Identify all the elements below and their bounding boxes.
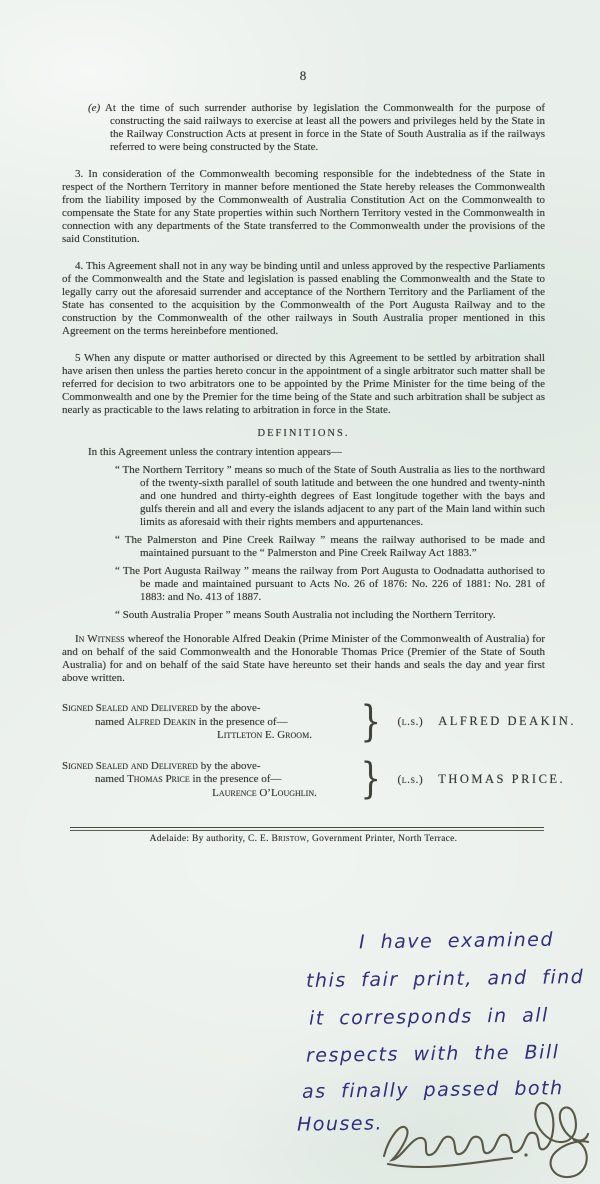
witness-name: Laurence O’Loughlin. xyxy=(157,787,372,801)
page-number: 8 xyxy=(62,0,545,84)
witness-name: Littleton E. Groom. xyxy=(157,729,372,743)
printer-imprint: Adelaide: By authority, C. E. Bristow, G… xyxy=(62,834,545,844)
footer-double-rule xyxy=(70,827,544,831)
signature-attestation: Signed Sealed and Delivered by the above… xyxy=(62,760,358,801)
witness-paragraph: In Witness whereof the Honorable Alfred … xyxy=(62,633,545,685)
signature-block-deakin: Signed Sealed and Delivered by the above… xyxy=(62,702,545,743)
scanned-document-page: 8 (e) At the time of such surrender auth… xyxy=(0,0,600,1184)
signature-scrawl xyxy=(378,1092,593,1184)
signature-attestation: Signed Sealed and Delivered by the above… xyxy=(62,702,358,743)
handwriting-line: respects with the Bill xyxy=(306,1041,560,1067)
definitions-heading: DEFINITIONS. xyxy=(62,428,545,439)
clause-e-text: At the time of such surrender authorise … xyxy=(105,102,545,153)
signatory-name-inline: Thomas Price xyxy=(127,773,190,785)
definition-south-australia-proper: “ South Australia Proper ” means South A… xyxy=(140,609,545,622)
signatory-name-inline: Alfred Deakin xyxy=(127,716,196,728)
signature-block-price: Signed Sealed and Delivered by the above… xyxy=(62,760,545,801)
seal-mark: (l.s.) xyxy=(397,716,423,730)
witness-lead: In Witness xyxy=(75,633,125,645)
handwriting-line: this fair print, and find xyxy=(306,966,585,992)
clause-e-label: (e) xyxy=(88,102,100,114)
clause-e-paragraph: (e) At the time of such surrender author… xyxy=(110,102,545,154)
signed-sealed-delivered-text: Signed Sealed and Delivered xyxy=(62,760,198,772)
witness-text: whereof the Honorable Alfred Deakin (Pri… xyxy=(62,633,545,684)
handwriting-line: Houses. xyxy=(297,1112,383,1135)
signatory-printed-name: ALFRED DEAKIN. xyxy=(438,715,576,729)
definitions-intro: In this Agreement unless the contrary in… xyxy=(88,446,545,459)
printer-name: Bristow xyxy=(271,834,306,844)
definition-port-augusta-railway: “ The Port Augusta Railway ” means the r… xyxy=(140,565,545,604)
handwriting-line: it corresponds in all xyxy=(309,1004,549,1029)
clause-4-paragraph: 4. This Agreement shall not in any way b… xyxy=(62,260,545,338)
seal-mark: (l.s.) xyxy=(397,774,423,788)
brace-icon: } xyxy=(361,773,381,787)
definition-northern-territory: “ The Northern Territory ” means so much… xyxy=(140,464,545,529)
signed-sealed-delivered-text: Signed Sealed and Delivered xyxy=(62,702,198,714)
brace-icon: } xyxy=(361,715,381,729)
signatory-printed-name: THOMAS PRICE. xyxy=(438,773,565,787)
clause-5-paragraph: 5 When any dispute or matter authorised … xyxy=(62,352,545,417)
definition-palmerston-pine-creek-railway: “ The Palmerston and Pine Creek Railway … xyxy=(140,534,545,560)
handwriting-line: I have examined xyxy=(359,929,554,954)
clause-3-paragraph: 3. In consideration of the Commonwealth … xyxy=(62,168,545,246)
